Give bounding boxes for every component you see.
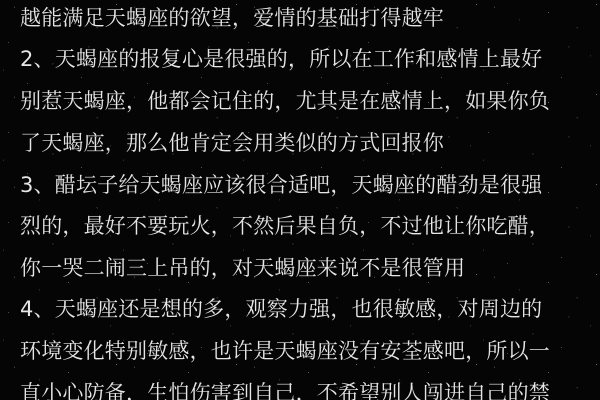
- text-line: 环境变化特别敏感，也许是天蝎座没有安荃感吧，所以一: [20, 338, 550, 364]
- text-line: 你一哭二闹三上吊的，对天蝎座来说不是很管用: [20, 255, 465, 281]
- text-line: 了天蝎座，那么他肯定会用类似的方式回报你: [20, 130, 444, 156]
- text-line: 越能满足天蝎座的欲望，爱情的基础打得越牢: [20, 5, 444, 31]
- text-line: 3、醋坛子给天蝎座应该很合适吧，天蝎座的醋劲是很强: [20, 172, 542, 198]
- text-line: 烈的，最好不要玩火，不然后果自负，不过他让你吃醋，: [20, 213, 550, 239]
- text-line: 2、天蝎座的报复心是很强的，所以在工作和感情上最好: [20, 46, 542, 72]
- text-line: 4、天蝎座还是想的多，观察力强，也很敏感，对周边的: [20, 296, 542, 322]
- text-line: 别惹天蝎座，他都会记住的，尤其是在感情上，如果你负: [20, 88, 550, 114]
- text-line: 直小心防备，生怕伤害到自己，不希望别人闯进自己的禁: [20, 380, 550, 400]
